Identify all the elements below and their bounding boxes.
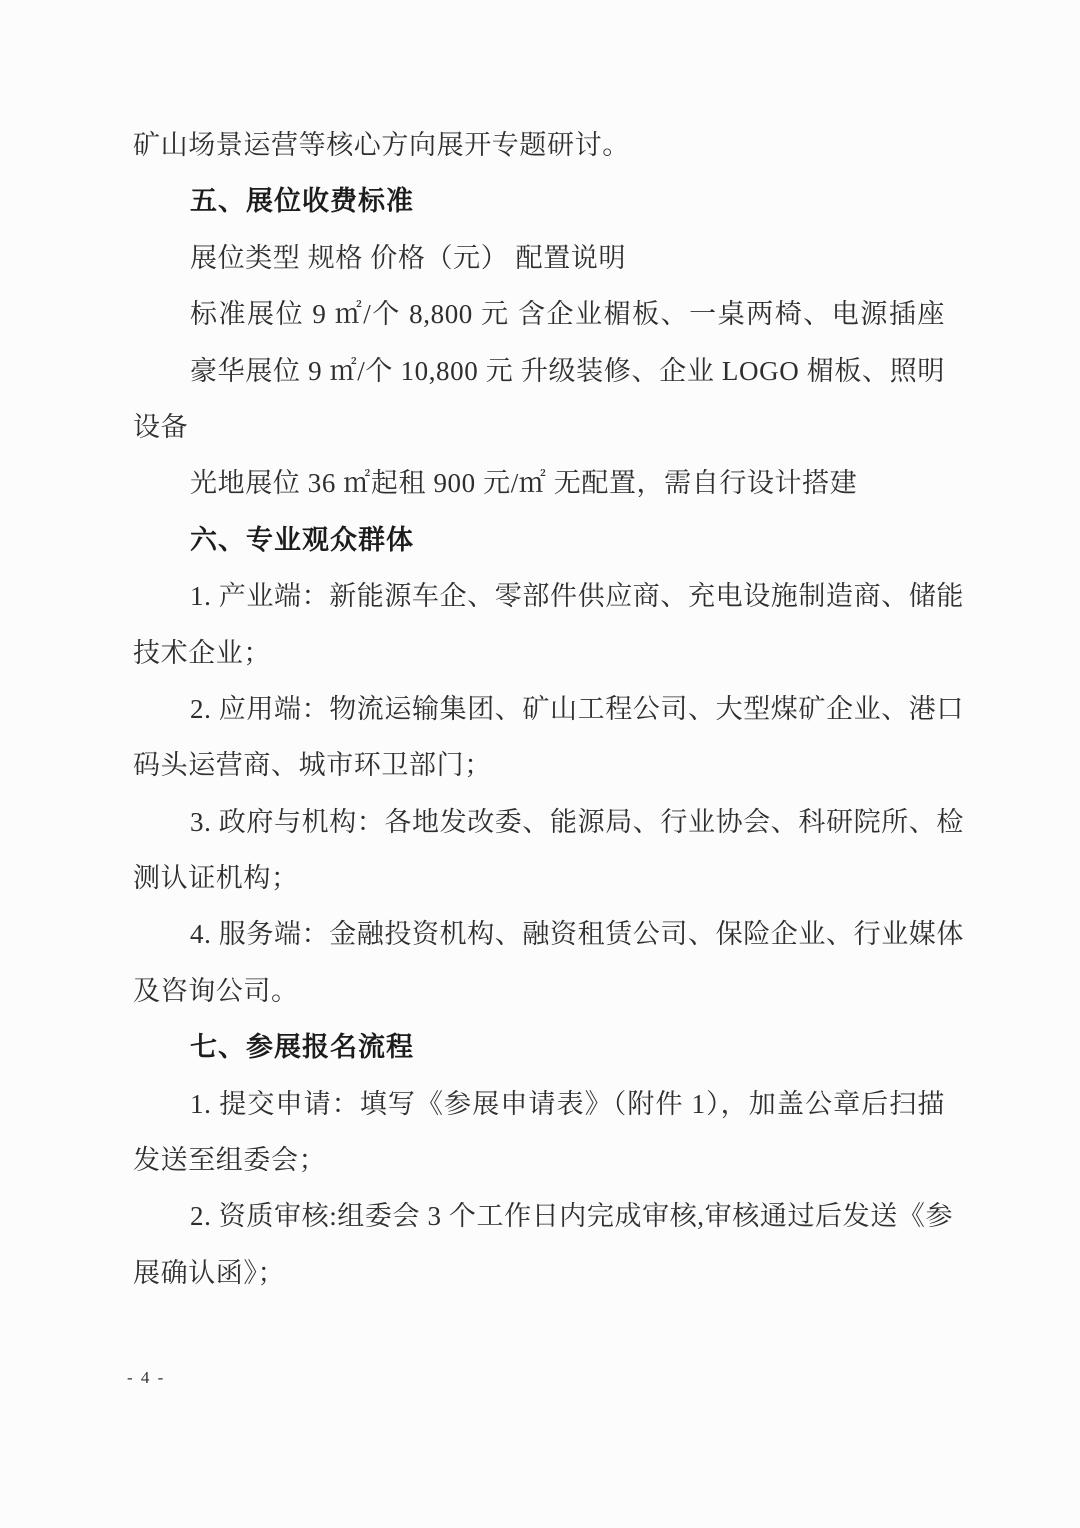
paragraph-continuation: 矿山场景运营等核心方向展开专题研讨。 [133,117,945,173]
deluxe-booth-line-continuation: 设备 [133,399,945,455]
audience-item-3-continuation: 测认证机构； [133,850,945,906]
deluxe-booth-line: 豪华展位 9 ㎡/个 10,800 元 升级装修、企业 LOGO 楣板、照明 [133,343,945,399]
document-page: 矿山场景运营等核心方向展开专题研讨。 五、展位收费标准 展位类型 规格 价格（元… [0,0,1080,1528]
process-step-1-continuation: 发送至组委会； [133,1132,945,1188]
standard-booth-line: 标准展位 9 ㎡/个 8,800 元 含企业楣板、一桌两椅、电源插座 [133,286,945,342]
page-number: - 4 - [127,1366,165,1390]
audience-item-4: 4. 服务端：金融投资机构、融资租赁公司、保险企业、行业媒体 [133,906,945,962]
audience-item-2: 2. 应用端：物流运输集团、矿山工程公司、大型煤矿企业、港口 [133,681,945,737]
raw-space-booth-line: 光地展位 36 ㎡起租 900 元/㎡ 无配置，需自行设计搭建 [133,455,945,511]
booth-table-header-line: 展位类型 规格 价格（元） 配置说明 [133,230,945,286]
section-heading-booth-pricing: 五、展位收费标准 [133,173,945,229]
process-step-2-continuation: 展确认函》； [133,1245,945,1301]
audience-item-4-continuation: 及咨询公司。 [133,963,945,1019]
audience-item-1: 1. 产业端：新能源车企、零部件供应商、充电设施制造商、储能 [133,568,945,624]
section-heading-registration-process: 七、参展报名流程 [133,1019,945,1075]
audience-item-2-continuation: 码头运营商、城市环卫部门； [133,737,945,793]
section-heading-audience: 六、专业观众群体 [133,512,945,568]
document-body: 矿山场景运营等核心方向展开专题研讨。 五、展位收费标准 展位类型 规格 价格（元… [133,117,945,1301]
process-step-2: 2. 资质审核:组委会 3 个工作日内完成审核,审核通过后发送《参 [133,1188,945,1244]
audience-item-1-continuation: 技术企业； [133,625,945,681]
audience-item-3: 3. 政府与机构：各地发改委、能源局、行业协会、科研院所、检 [133,794,945,850]
process-step-1: 1. 提交申请：填写《参展申请表》（附件 1），加盖公章后扫描 [133,1076,945,1132]
